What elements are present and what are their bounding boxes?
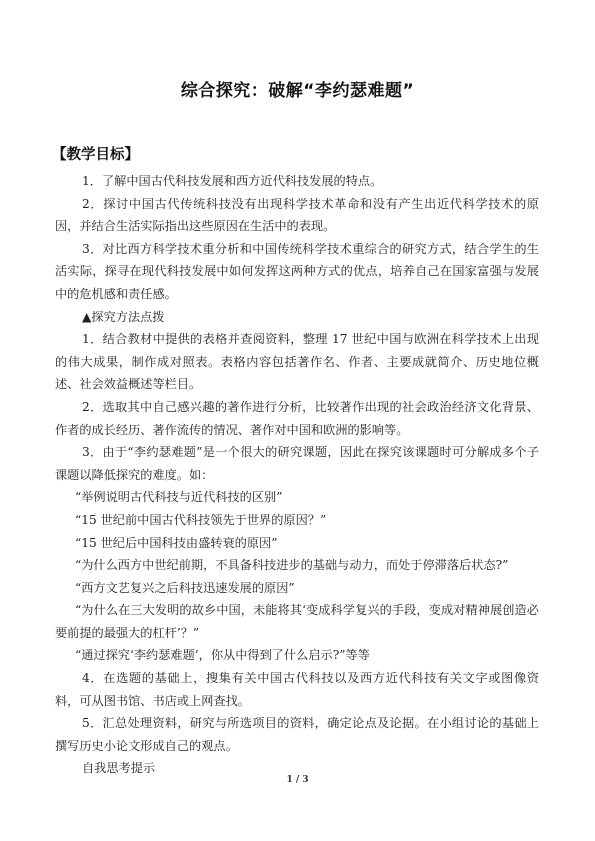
- subtopic-quote: “西方文艺复兴之后科技迅速发展的原因”: [55, 577, 539, 600]
- method-4: 4．在选题的基础上，搜集有关中国古代科技以及西方近代科技有关文字或图像资料，可从…: [55, 667, 539, 712]
- subtopic-quote: “为什么西方中世纪前期，不具备科技进步的基础与动力，而处于停滞落后状态?”: [55, 554, 539, 577]
- subtopic-quote: “15 世纪前中国古代科技领先于世界的原因？”: [55, 509, 539, 532]
- page-title: 综合探究：破解“李约瑟难题”: [0, 76, 595, 101]
- subtopic-quote: “通过探究‘李约瑟难题’，你从中得到了什么启示?”等等: [55, 644, 539, 667]
- method-1: 1．结合教材中提供的表格并查阅资料，整理 17 世纪中国与欧洲在科学技术上出现的…: [55, 328, 539, 396]
- goal-2: 2．探讨中国古代传统科技没有出现科学技术革命和没有产生出近代科学技术的原因，并结…: [55, 193, 539, 238]
- goal-3: 3．对比西方科学技术重分析和中国传统科学技术重综合的研究方式，结合学生的生活实际…: [55, 238, 539, 306]
- subtopic-quote: “举例说明古代科技与近代科技的区别”: [55, 486, 539, 509]
- subtopic-quote: “15 世纪后中国科技由盛转衰的原因”: [55, 532, 539, 555]
- page-number: 1 / 3: [0, 775, 595, 785]
- subheading-method-tips: ▲探究方法点拨: [55, 306, 539, 329]
- subtopic-quote: “为什么在三大发明的故乡中国，未能将其‘变成科学复兴的手段，变成对精神展创造必要…: [55, 599, 539, 644]
- goal-1: 1．了解中国古代科技发展和西方近代科技发展的特点。: [55, 170, 539, 193]
- section-heading-teaching-goals: 【教学目标】: [52, 143, 139, 164]
- document-page: 综合探究：破解“李约瑟难题” 【教学目标】 1．了解中国古代科技发展和西方近代科…: [0, 0, 595, 841]
- method-3: 3．由于“李约瑟难题”是一个很大的研究课题，因此在探究该课题时可分解成多个子课题…: [55, 441, 539, 486]
- method-5: 5．汇总处理资料，研究与所选项目的资料，确定论点及论据。在小组讨论的基础上撰写历…: [55, 712, 539, 757]
- document-body: 1．了解中国古代科技发展和西方近代科技发展的特点。 2．探讨中国古代传统科技没有…: [55, 170, 539, 780]
- method-2: 2．选取其中自己感兴趣的著作进行分析，比较著作出现的社会政治经济文化背景、作者的…: [55, 396, 539, 441]
